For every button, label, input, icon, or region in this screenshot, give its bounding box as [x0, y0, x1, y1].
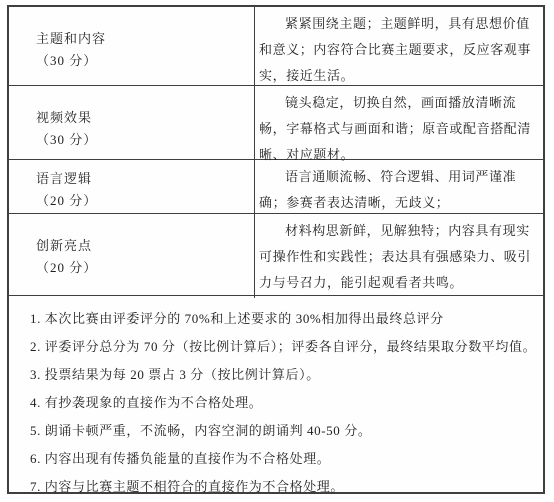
criterion-score: （20 分） [36, 260, 254, 275]
notes-section: 1. 本次比赛由评委评分的 70%和上述要求的 30%相加得出最终总评分 2. … [9, 296, 543, 501]
scoring-rubric-table: 主题和内容 （30 分） 紧紧围绕主题；主题鲜明，具有思想价值和意义；内容符合比… [7, 5, 545, 494]
criterion-row-video-effect: 视频效果 （30 分） 镜头稳定，切换自然，画面播放清晰流畅，字幕格式与画面和谐… [9, 86, 543, 160]
criterion-cell-right: 材料构思新鲜，见解独特；内容具有现实可操作性和实践性；表达具有强感染力、吸引力与… [255, 214, 543, 298]
criterion-cell-right: 紧紧围绕主题；主题鲜明，具有思想价值和意义；内容符合比赛主题要求，反应客观事实，… [255, 7, 543, 91]
criterion-score: （30 分） [36, 53, 254, 68]
criterion-description: 紧紧围绕主题；主题鲜明，具有思想价值和意义；内容符合比赛主题要求，反应客观事实，… [259, 11, 538, 89]
criterion-description: 材料构思新鲜，见解独特；内容具有现实可操作性和实践性；表达具有强感染力、吸引力与… [259, 218, 538, 296]
criterion-name: 创新亮点 [36, 238, 254, 253]
note-item-6: 6. 内容出现有传播负能量的直接作为不合格处理。 [30, 445, 535, 473]
note-item-5: 5. 朗诵卡顿严重，不流畅，内容空洞的朗诵判 40-50 分。 [30, 417, 535, 445]
note-item-2: 2. 评委评分总分为 70 分（按比例计算后）；评委各自评分，最终结果取分数平均… [30, 333, 535, 361]
criterion-cell-left: 创新亮点 （20 分） [9, 214, 255, 298]
note-item-1: 1. 本次比赛由评委评分的 70%和上述要求的 30%相加得出最终总评分 [30, 305, 535, 333]
criterion-name: 主题和内容 [36, 31, 254, 46]
criterion-cell-left: 主题和内容 （30 分） [9, 7, 255, 91]
criterion-description: 镜头稳定，切换自然，画面播放清晰流畅，字幕格式与画面和谐；原音或配音搭配清晰、对… [259, 90, 538, 168]
note-item-3: 3. 投票结果为每 20 票占 3 分（按比例计算后）。 [30, 361, 535, 389]
criterion-row-theme-content: 主题和内容 （30 分） 紧紧围绕主题；主题鲜明，具有思想价值和意义；内容符合比… [9, 7, 543, 86]
criterion-cell-left: 视频效果 （30 分） [9, 86, 255, 170]
criterion-description: 语言通顺流畅、符合逻辑、用词严谨准确；参赛者表达清晰，无歧义； [259, 164, 538, 216]
criterion-score: （20 分） [36, 193, 254, 208]
criterion-cell-right: 镜头稳定，切换自然，画面播放清晰流畅，字幕格式与画面和谐；原音或配音搭配清晰、对… [255, 86, 543, 170]
criterion-cell-left: 语言逻辑 （20 分） [9, 160, 255, 218]
note-item-4: 4. 有抄袭现象的直接作为不合格处理。 [30, 389, 535, 417]
note-item-7: 7. 内容与比赛主题不相符合的直接作为不合格处理。 [30, 473, 535, 501]
criterion-name: 语言逻辑 [36, 171, 254, 186]
criterion-row-language-logic: 语言逻辑 （20 分） 语言通顺流畅、符合逻辑、用词严谨准确；参赛者表达清晰，无… [9, 160, 543, 214]
criterion-cell-right: 语言通顺流畅、符合逻辑、用词严谨准确；参赛者表达清晰，无歧义； [255, 160, 543, 218]
criterion-row-innovation-highlight: 创新亮点 （20 分） 材料构思新鲜，见解独特；内容具有现实可操作性和实践性；表… [9, 214, 543, 296]
criterion-name: 视频效果 [36, 110, 254, 125]
criterion-score: （30 分） [36, 132, 254, 147]
